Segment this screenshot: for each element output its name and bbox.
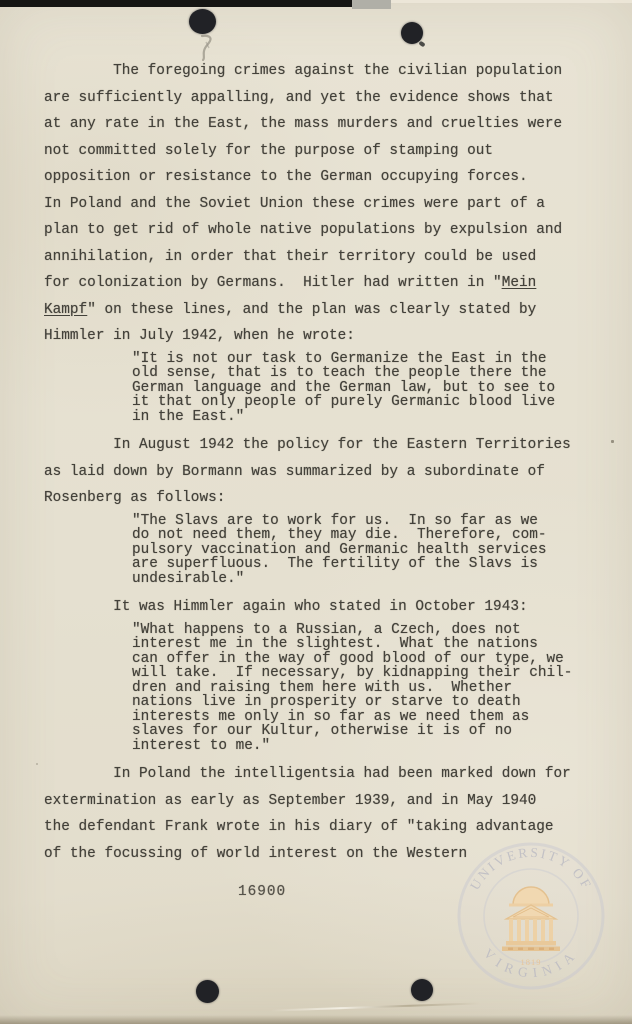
text-line: can offer in the way of good blood of ou… — [132, 652, 592, 667]
text-line: opposition or resistance to the German o… — [44, 164, 592, 191]
text-line: extermination as early as September 1939… — [44, 788, 592, 815]
text-line: for colonization by Germans. Hitler had … — [44, 270, 592, 297]
text-line: Kampf" on these lines, and the plan was … — [44, 297, 592, 324]
text-line: not committed solely for the purpose of … — [44, 138, 592, 165]
paragraph: It was Himmler again who stated in Octob… — [44, 594, 592, 621]
text-line: are sufficiently appalling, and yet the … — [44, 85, 592, 112]
underlined-text: Mein — [502, 275, 537, 291]
text-line: dren and raising them here with us. Whet… — [132, 681, 592, 696]
text-line: nations live in prosperity or starve to … — [132, 695, 592, 710]
text-line: pulsory vaccination and Germanic health … — [132, 543, 592, 558]
text-line: it that only people of purely Germanic b… — [132, 395, 592, 410]
text-line: plan to get rid of whole native populati… — [44, 217, 592, 244]
underlined-text: Kampf — [44, 302, 87, 318]
text-line: "What happens to a Russian, a Czech, doe… — [132, 623, 592, 638]
text-line: slaves for our Kultur, otherwise it is o… — [132, 724, 592, 739]
scanned-document-page: The foregoing crimes against the civilia… — [0, 0, 632, 1024]
ink-speck — [36, 763, 38, 765]
text-line: do not need them, they may die. Therefor… — [132, 528, 592, 543]
text-line: the defendant Frank wrote in his diary o… — [44, 814, 592, 841]
text-line: In Poland the intelligentsia had been ma… — [44, 761, 592, 788]
quote-block: "The Slavs are to work for us. In so far… — [132, 514, 592, 587]
text-line: as laid down by Bormann was summarized b… — [44, 459, 592, 486]
paper-bottom-edge-shadow — [0, 1015, 632, 1024]
text-line: Himmler in July 1942, when he wrote: — [44, 323, 592, 350]
hole-punch-bottom-right-icon — [411, 979, 433, 1001]
text-line: at any rate in the East, the mass murder… — [44, 111, 592, 138]
text-line: undesirable." — [132, 572, 592, 587]
text-line: In August 1942 the policy for the Easter… — [44, 432, 592, 459]
text-line: In Poland and the Soviet Union these cri… — [44, 191, 592, 218]
university-of-virginia-seal: UNIVERSITY OF VIRGINIA — [456, 841, 606, 991]
text-line: The foregoing crimes against the civilia… — [44, 58, 592, 85]
paper-crease — [270, 1002, 480, 1011]
text-line: Rosenberg as follows: — [44, 485, 592, 512]
text-line: in the East." — [132, 410, 592, 425]
document-text: The foregoing crimes against the civilia… — [0, 0, 632, 906]
text-line: interest to me." — [132, 739, 592, 754]
text-line: annihilation, in order that their territ… — [44, 244, 592, 271]
text-line: are superfluous. The fertility of the Sl… — [132, 557, 592, 572]
quote-block: "It is not our task to Germanize the Eas… — [132, 352, 592, 425]
text-line: German language and the German law, but … — [132, 381, 592, 396]
hole-punch-bottom-left-icon — [196, 980, 219, 1003]
quote-block: "What happens to a Russian, a Czech, doe… — [132, 623, 592, 754]
document-body: The foregoing crimes against the civilia… — [44, 58, 592, 867]
text-line: "It is not our task to Germanize the Eas… — [132, 352, 592, 367]
text-line: will take. If necessary, by kidnapping t… — [132, 666, 592, 681]
paragraph: The foregoing crimes against the civilia… — [44, 58, 592, 350]
ink-speck — [611, 440, 614, 443]
paragraph: In August 1942 the policy for the Easter… — [44, 432, 592, 512]
text-line: It was Himmler again who stated in Octob… — [44, 594, 592, 621]
text-line: old sense, that is to teach the people t… — [132, 366, 592, 381]
text-line: "The Slavs are to work for us. In so far… — [132, 514, 592, 529]
text-line: interests me only in so far as we need t… — [132, 710, 592, 725]
text-line: interest me in the slightest. What the n… — [132, 637, 592, 652]
seal-year: 1819 — [521, 957, 542, 967]
